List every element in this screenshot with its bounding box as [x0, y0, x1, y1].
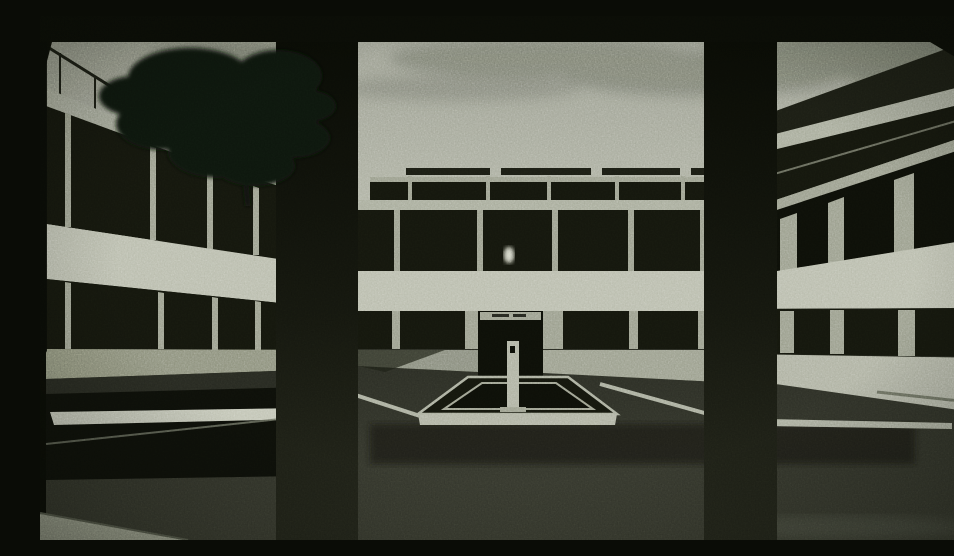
- photo-canvas: [40, 16, 954, 540]
- courtyard-photo: [40, 16, 954, 540]
- halftone-grit: [40, 16, 954, 540]
